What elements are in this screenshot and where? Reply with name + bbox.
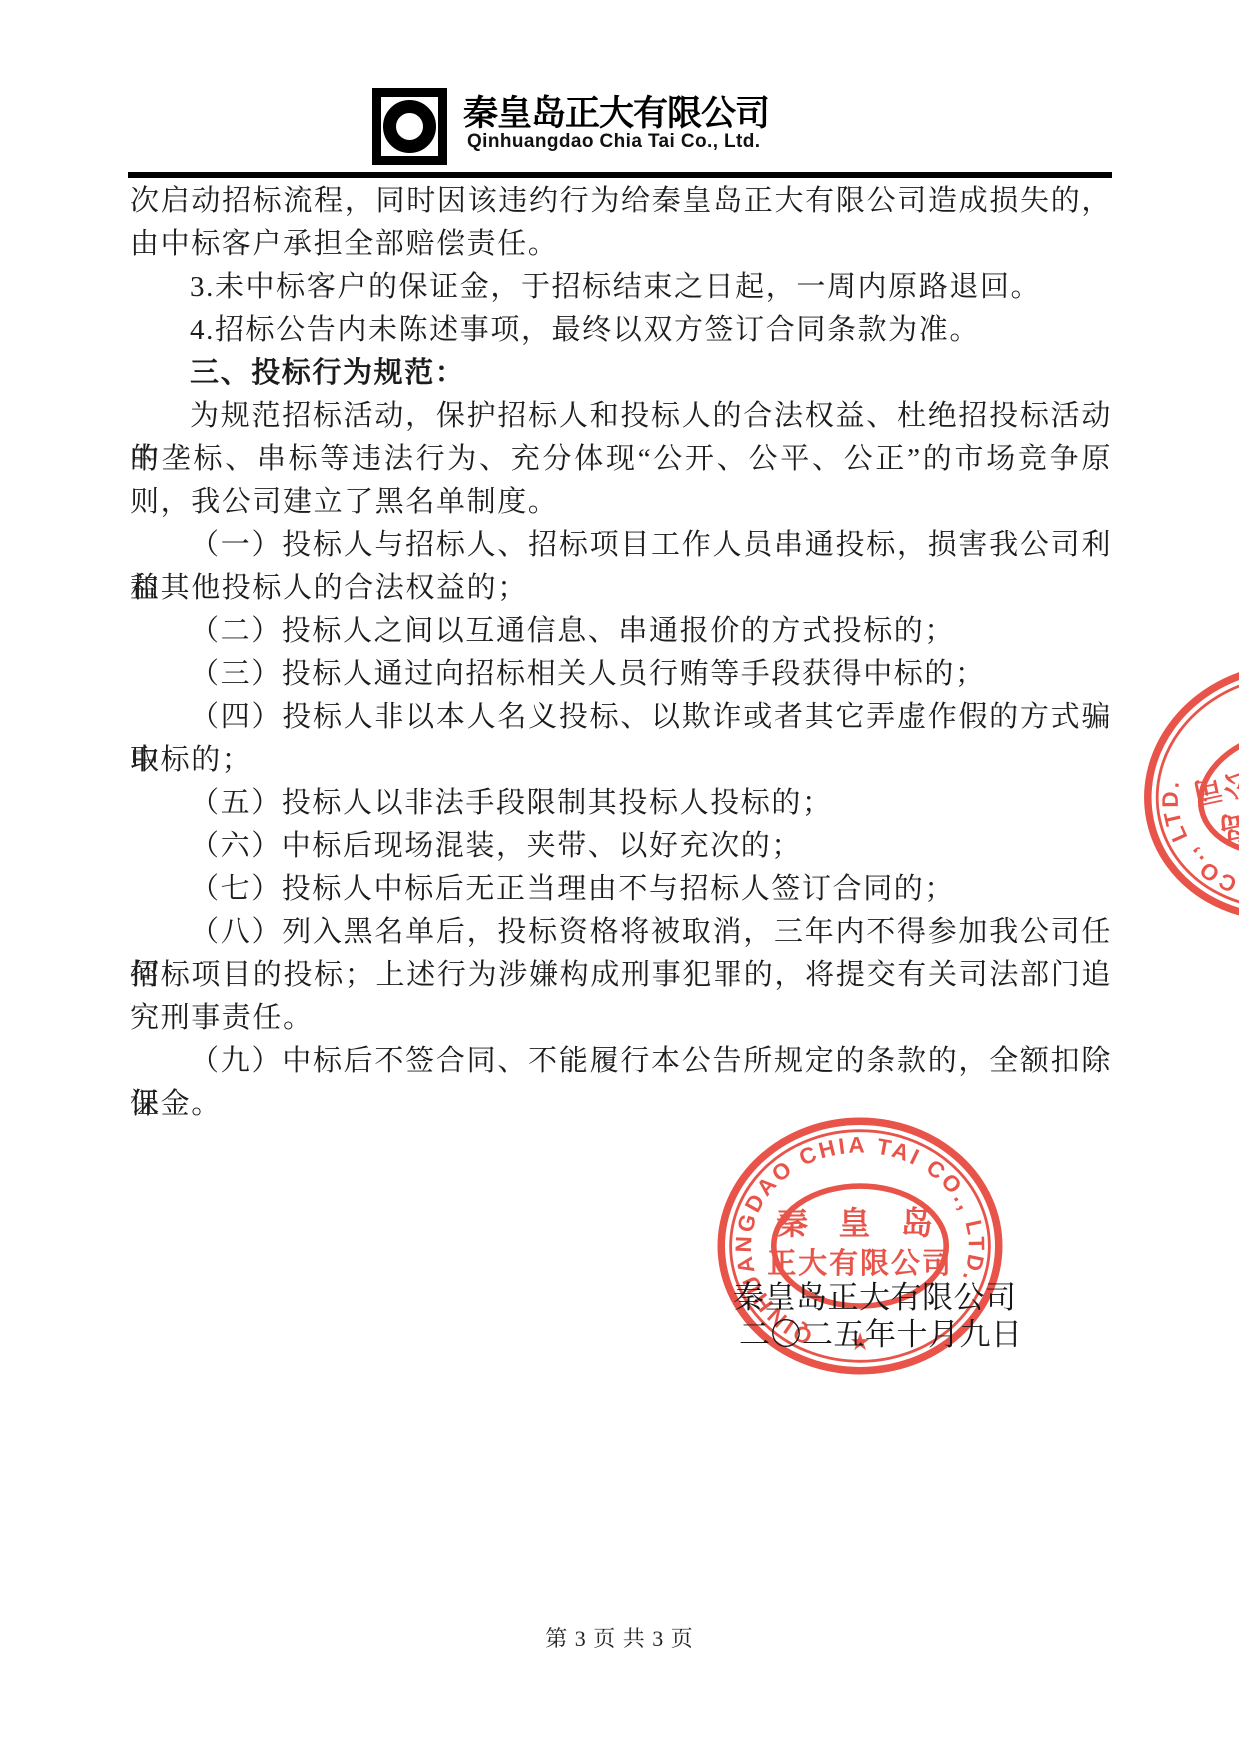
body-line-12: （三）投标人通过向招标相关人员行贿等手段获得中标的；	[130, 653, 1112, 696]
body-line-15: （五）投标人以非法手段限制其投标人投标的；	[130, 782, 1112, 825]
body-text: 次启动招标流程，同时因该违约行为给秦皇岛正大有限公司造成损失的，由中标客户承担全…	[130, 180, 1112, 1126]
body-line-14: 中标的；	[130, 739, 1112, 782]
body-line-3: 3.未中标客户的保证金，于招标结束之日起，一周内原路退回。	[130, 266, 1112, 309]
body-line-18: （八）列入黑名单后，投标资格将被取消，三年内不得参加我公司任何	[130, 911, 1112, 954]
body-line-11: （二）投标人之间以互通信息、串通报价的方式投标的；	[130, 610, 1112, 653]
body-line-21: （九）中标后不签合同、不能履行本公告所规定的条款的，全额扣除保	[130, 1040, 1112, 1083]
seal-center-line1: 秦 皇 岛	[776, 1206, 944, 1241]
body-line-20: 究刑事责任。	[130, 997, 1112, 1040]
signature-date: 二〇二五年十月九日	[739, 1309, 1023, 1354]
company-name-chinese: 秦皇岛正大有限公司	[463, 86, 769, 136]
body-line-16: （六）中标后现场混装，夹带、以好充次的；	[130, 825, 1112, 868]
company-seal-stamp-clipped: QINHUANGDAO CHIA TAI CO., LTD. 秦 皇 岛 正大有…	[1111, 628, 1239, 956]
company-logo	[372, 88, 447, 165]
body-line-2: 由中标客户承担全部赔偿责任。	[130, 223, 1112, 266]
document-page: 秦皇岛正大有限公司 Qinhuangdao Chia Tai Co., Ltd.…	[0, 0, 1239, 1754]
body-line-5: 三、投标行为规范：	[130, 352, 1112, 395]
body-line-7: 的垄标、串标等违法行为、充分体现“公开、公平、公正”的市场竞争原	[130, 438, 1112, 481]
logo-ring-icon	[383, 100, 436, 153]
company-name-english: Qinhuangdao Chia Tai Co., Ltd.	[467, 131, 760, 153]
page-number-footer: 第 3 页 共 3 页	[0, 1622, 1239, 1653]
header-divider	[128, 172, 1112, 178]
body-line-4: 4.招标公告内未陈述事项，最终以双方签订合同条款为准。	[130, 309, 1112, 352]
body-line-9: （一）投标人与招标人、招标项目工作人员串通投标，损害我公司利益	[130, 524, 1112, 567]
body-line-19: 招标项目的投标；上述行为涉嫌构成刑事犯罪的，将提交有关司法部门追	[130, 954, 1112, 997]
body-line-1: 次启动招标流程，同时因该违约行为给秦皇岛正大有限公司造成损失的，	[130, 180, 1112, 223]
body-line-8: 则，我公司建立了黑名单制度。	[130, 481, 1112, 524]
body-line-13: （四）投标人非以本人名义投标、以欺诈或者其它弄虚作假的方式骗取	[130, 696, 1112, 739]
body-line-17: （七）投标人中标后无正当理由不与招标人签订合同的；	[130, 868, 1112, 911]
body-line-6: 为规范招标活动，保护招标人和投标人的合法权益、杜绝招投标活动中	[130, 395, 1112, 438]
body-line-10: 和其他投标人的合法权益的；	[130, 567, 1112, 610]
